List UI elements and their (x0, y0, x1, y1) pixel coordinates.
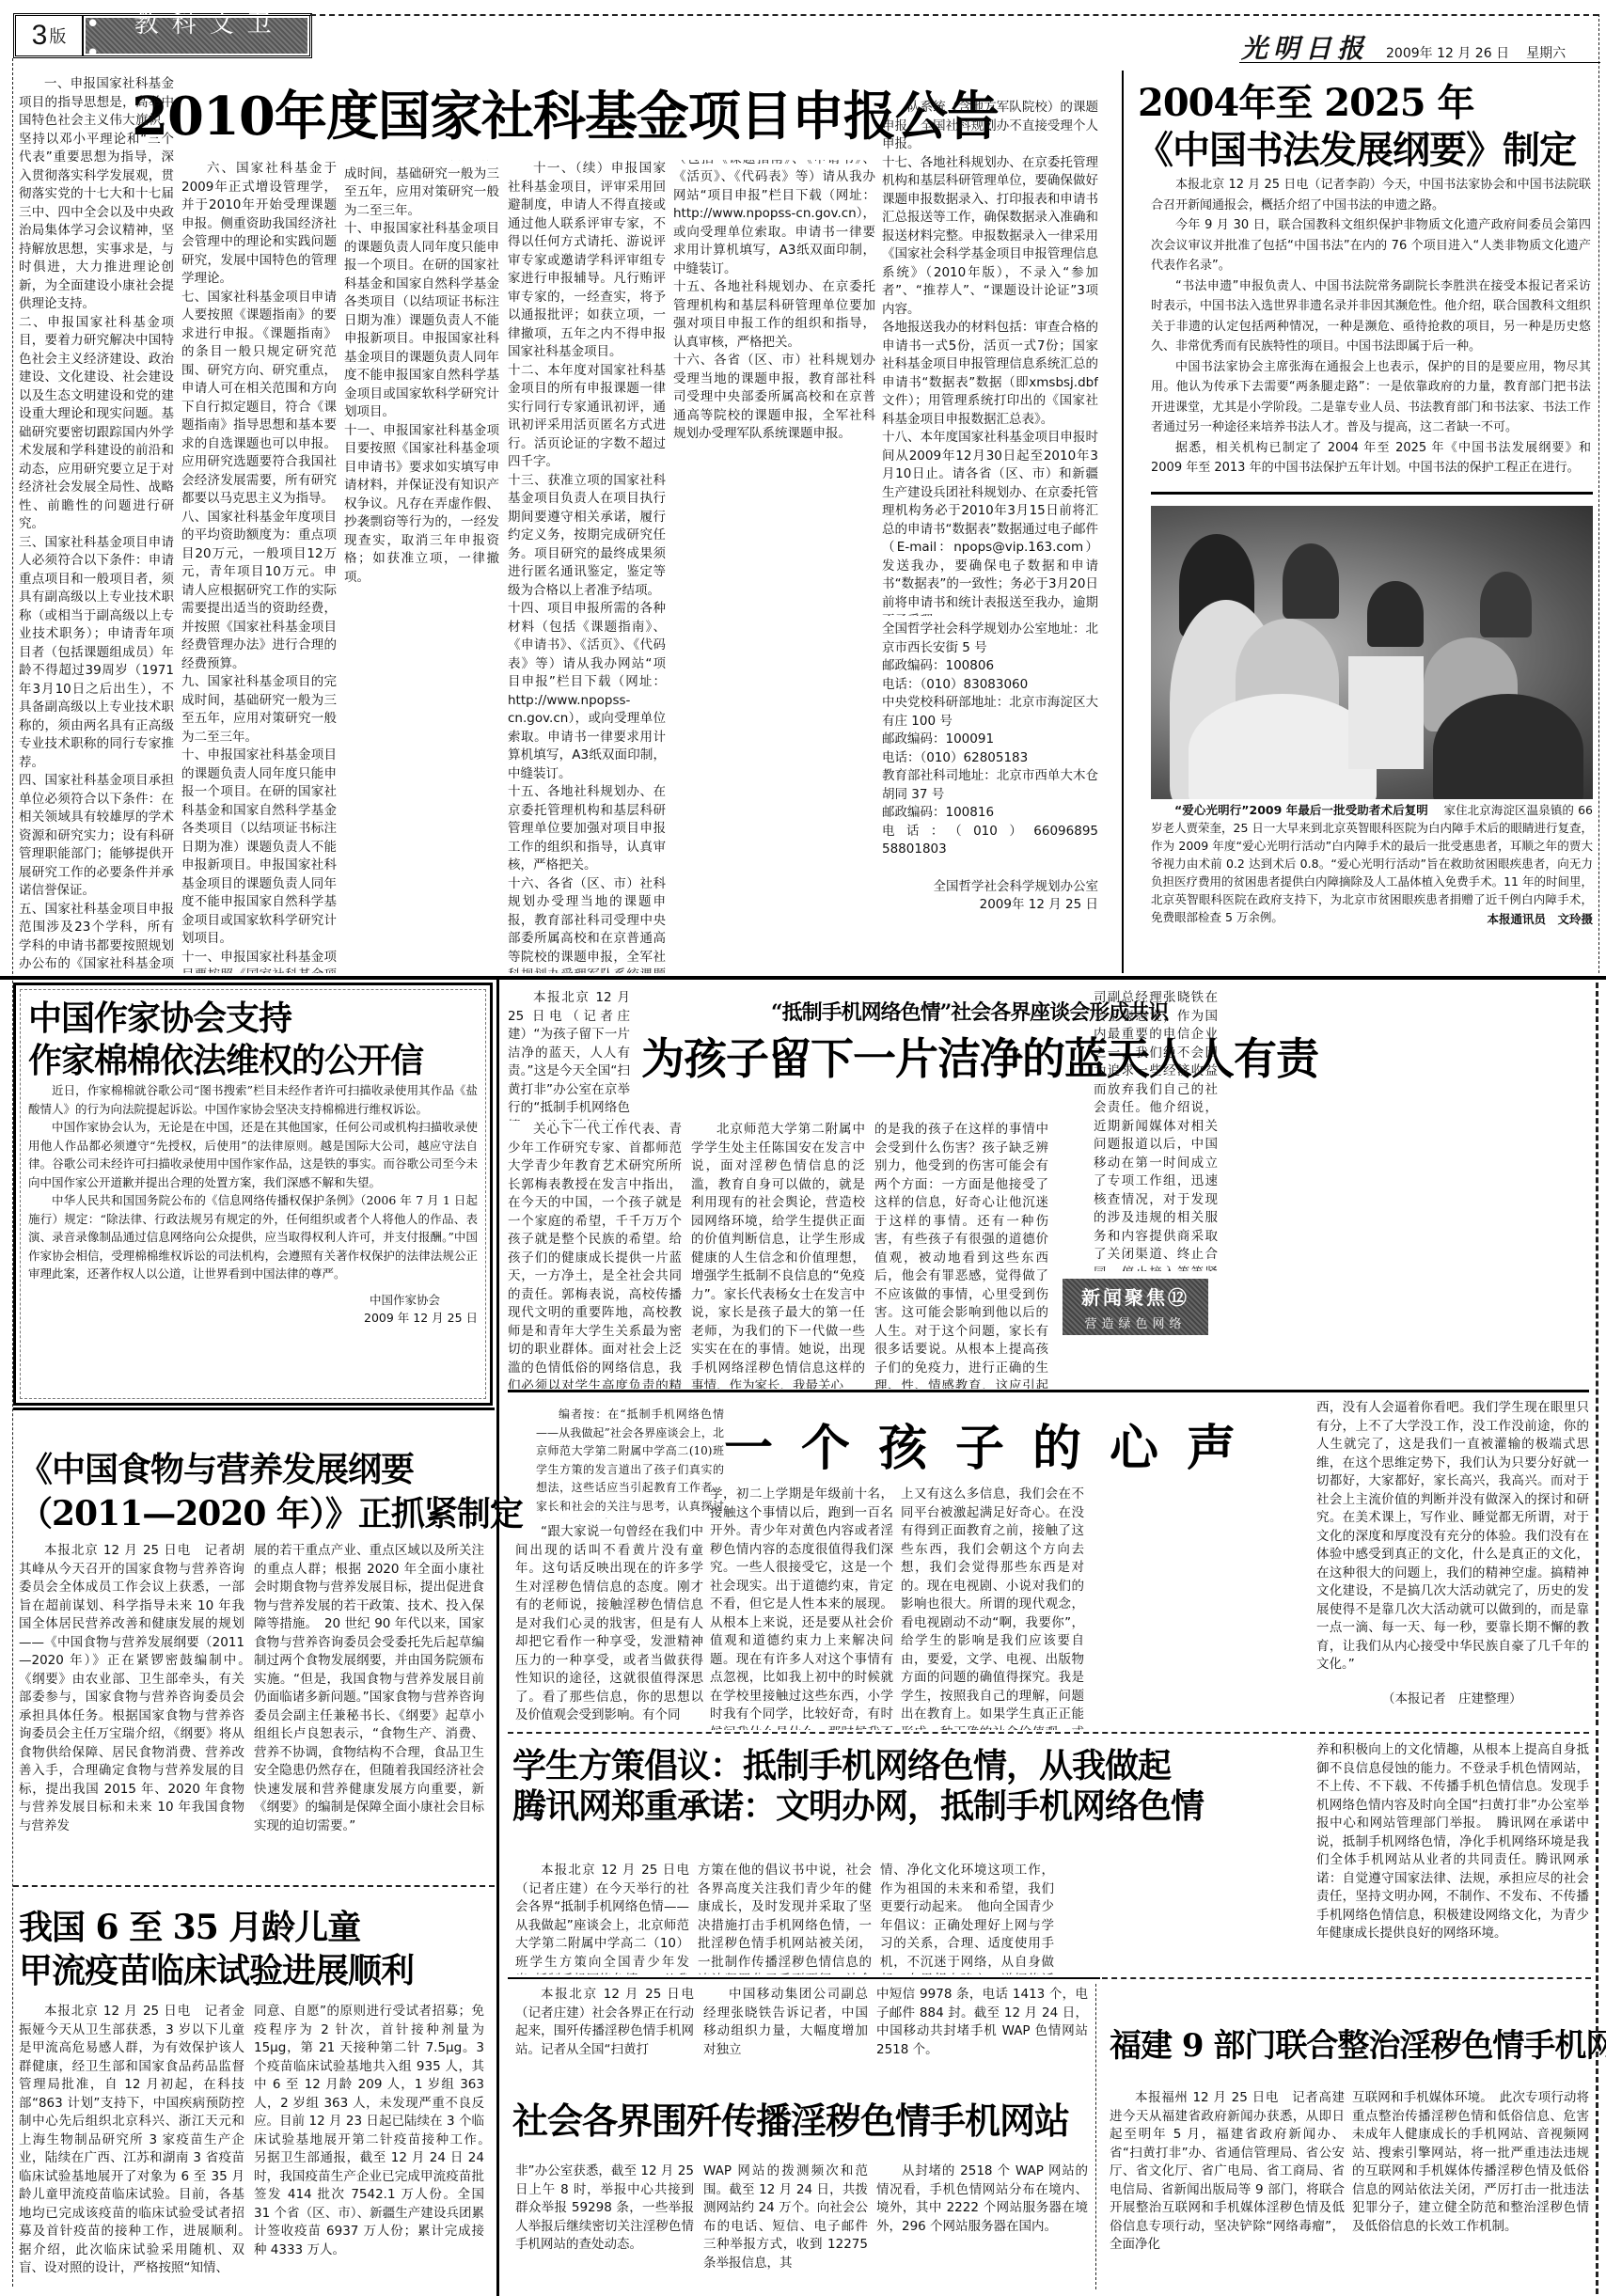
right-margin-divider (1596, 983, 1598, 1725)
pledge-column-4-text: 养和积极向上的文化情趣，从根本上提高自身抵御不良信息侵蚀的能力。不登录手机色情网… (1316, 1741, 1589, 1943)
writers-body: 近日，作家棉棉就谷歌公司“图书搜索”栏目未经作者许可扫描收录使用其作品《盐酸情人… (28, 1081, 478, 1401)
photo-caption: “爱心光明行”2009 年最后一批受助者术后复明 家住北京海淀区温泉镇的 66 … (1151, 801, 1593, 928)
right-margin-divider (1596, 1730, 1598, 2294)
fund-column-1-text: 一、申报国家社科基金项目的指导思想是，高举中国特色社会主义伟大旗帜，坚持以邓小平… (19, 75, 174, 973)
calligraphy-paragraph: 据悉，相关机构已制定了 2004 年至 2025 年《中国书法发展纲要》和 20… (1151, 438, 1591, 479)
pledge-column-2-text: 方策在他的倡议书中说，社会各界高度关注我们青少年的健康成长，及时发现并采取了坚决… (698, 1862, 872, 1974)
writers-title-line1: 中国作家协会支持 (28, 992, 291, 1040)
issue-date: 2009年 12 月 26 日 (1386, 43, 1509, 62)
vaccine-column-2-text: 同意、自愿”的原则进行受试者招募；免疫程序为 2 针次，首针接种剂量为 15μg… (254, 2003, 484, 2259)
writers-paragraph: 近日，作家棉棉就谷歌公司“图书搜索”栏目未经作者许可扫描收录使用其作品《盐酸情人… (28, 1081, 478, 1118)
fund-column-2: 六、国家社科基金于2009年正式增设管理学，并于2010年开始受理课题申报。侧重… (181, 160, 337, 973)
fund-column-4-text: 十一、（续）申报国家社科基金项目，评审采用回避制度，申请人不得直接或通过他人联系… (508, 160, 666, 973)
contact-line: 电话：（010）66096895 58801803 (882, 823, 1098, 859)
contact-line: 邮政编码：100806 (882, 657, 1098, 676)
photo-credit: 本报通讯员 文玲摄 (1487, 910, 1593, 928)
pledge-column-3-text: 情、净化文化环境这项工作，作为祖国的未来和希望，我们更要行动起来。 他向全国青少… (880, 1862, 1054, 1974)
news-focus-badge: 新闻聚焦⑫ 营造绿色网络 (1063, 1279, 1208, 1335)
sites-top-column-3-text: 中短信 9978 条，电话 1413 个，电子邮件 884 封。截至 12 月 … (876, 1986, 1088, 2059)
contact-line: 教育部社科司地址：北京市西单大木仓胡同 37 号 (882, 767, 1098, 804)
pledge-column-2: 方策在他的倡议书中说，社会各界高度关注我们青少年的健康成长，及时发现并采取了坚决… (698, 1862, 872, 1974)
section-rule (508, 1390, 1589, 1392)
sky-column-1-text: 关心下一代工作代表、青少年工作研究专家、首都师范大学青少年教育艺术研究所所长郭梅… (508, 1121, 682, 1389)
child-voice-column-1: “跟大家说一句曾经在我们中间出现的话叫不看黄片没有童年。这句话反映出现在的许多学… (515, 1523, 703, 1730)
pledge-column-4: 养和积极向上的文化情趣，从根本上提高自身抵御不良信息侵蚀的能力。不登录手机色情网… (1316, 1741, 1589, 1972)
fund-column-6: 队系统（含地方军队院校）的课题申报。全国社科规划办不直接受理个人申报。 十七、各… (882, 33, 1098, 616)
vaccine-title-line1: 我国 6 至 35 月龄儿童 (19, 1901, 360, 1949)
fujian-column-1-text: 本报福州 12 月 25 日电 记者高建进今天从福建省政府新闻办获悉，从即日起至… (1110, 2089, 1345, 2255)
sites-top-column-2: 中国移动集团公司副总经理张晓铁告诉记者，中国移动组织力量，大幅度增加对独立 (703, 1986, 868, 2066)
fund-column-2-text: 六、国家社科基金于2009年正式增设管理学，并于2010年开始受理课题申报。侧重… (181, 160, 337, 973)
section-rule (508, 1977, 1100, 1979)
sky-column-1: 关心下一代工作代表、青少年工作研究专家、首都师范大学青少年教育艺术研究所所长郭梅… (508, 1121, 682, 1389)
sites-column-1-text: 非”办公室获悉，截至 12 月 25 日上午 8 时，举报中心共接到群众举报 5… (515, 2162, 694, 2255)
sites-top-column-1-text: 本报北京 12 月 25 日电（记者庄建）社会各界正在行动起来，围歼传播淫秽色情… (515, 1986, 694, 2059)
calligraphy-title-line2: 《中国书法发展纲要》制定 (1136, 120, 1576, 174)
fujian-column-2: 互联网和手机媒体环境。 此次专项行动将重点整治传播淫秽色情和低俗信息、危害未成年… (1352, 2089, 1589, 2291)
newspaper-logo: 光明日报 (1241, 28, 1369, 66)
sites-column-1: 非”办公室获悉，截至 12 月 25 日上午 8 时，举报中心共接到群众举报 5… (515, 2162, 694, 2289)
sites-top-column-3: 中短信 9978 条，电话 1413 个，电子邮件 884 封。截至 12 月 … (876, 1986, 1088, 2066)
fund-column-1: 一、申报国家社科基金项目的指导思想是，高举中国特色社会主义伟大旗帜，坚持以邓小平… (19, 75, 174, 973)
sky-column-4-text: 司副总经理张晓铁在会上表态说，作为国内最重要的电信企业之一，我们绝不会因为追求一… (1058, 989, 1218, 1271)
calligraphy-paragraph: 中国书法家协会主席张海在通报会上也表示，保护的目的是要应用，物尽其用。他认为传承… (1151, 357, 1591, 438)
sky-column-2: 北京师范大学第二附属中学学生处主任陈国安在发言中说，面对淫秽色情信息的泛滥，教育… (691, 1121, 865, 1389)
sky-column-2-text: 北京师范大学第二附属中学学生处主任陈国安在发言中说，面对淫秽色情信息的泛滥，教育… (691, 1121, 865, 1389)
food-column-2-text: 展的若干重点产业、重点区域以及所关注的重点人群；根据 2020 年全面小康社会时… (254, 1542, 484, 1835)
sky-column-4: 司副总经理张晓铁在会上表态说，作为国内最重要的电信企业之一，我们绝不会因为追求一… (1058, 989, 1218, 1271)
vaccine-column-1: 本报北京 12 月 25 日电 记者金振娅今天从卫生部获悉，3 岁以下儿童是甲流… (19, 2003, 244, 2289)
issue-weekday: 星期六 (1526, 43, 1566, 62)
sites-column-3: 从封堵的 2518 个 WAP 网站的情况看，手机色情网站分布在境内、境外，其中… (876, 2162, 1088, 2289)
child-voice-column-4: 西，没有人会逼着你看吧。我们学生现在眼里只有分，上不了大学没工作，没工作没前途，… (1316, 1399, 1589, 1681)
calligraphy-paragraph: 今年 9 月 30 日，联合国教科文组织保护非物质文化遗产政府间委员会第四次会议… (1151, 215, 1591, 276)
child-voice-column-2-text: 学，初二上学期是年级前十名，接触这个事情以后，跑到一百名开外。青少年对黄色内容或… (710, 1486, 893, 1730)
vaccine-column-1-text: 本报北京 12 月 25 日电 记者金振娅今天从卫生部获悉，3 岁以下儿童是甲流… (19, 2003, 244, 2278)
child-voice-title: 一个孩子的心声 (724, 1408, 1264, 1479)
section-divider (13, 1885, 495, 1887)
editor-note-text: 编者按：在“抵制手机网络色情——从我做起”社会各界座谈会上，北京师范大学第二附属… (536, 1406, 724, 1518)
child-voice-column-4-text: 西，没有人会逼着你看吧。我们学生现在眼里只有分，上不了大学没工作，没工作没前途，… (1316, 1399, 1589, 1675)
calligraphy-paragraph: 本报北京 12 月 25 日电（记者李韵）今天，中国书法家协会和中国书法院联合召… (1151, 175, 1591, 215)
page-suffix: 版 (49, 24, 66, 48)
calligraphy-paragraph: “书法申遗”申报负责人、中国书法院常务副院长李胜洪在接受本报记者采访时表示，中国… (1151, 276, 1591, 357)
fund-article-title: 2010年度国家社科基金项目申报公告 (132, 75, 999, 150)
editor-note: 编者按：在“抵制手机网络色情——从我做起”社会各界座谈会上，北京师范大学第二附属… (536, 1406, 724, 1518)
vaccine-title-line2: 甲流疫苗临床试验进展顺利 (19, 1944, 414, 1992)
fujian-column-1: 本报福州 12 月 25 日电 记者高建进今天从福建省政府新闻办获悉，从即日起至… (1110, 2089, 1345, 2291)
writers-title-line2: 作家棉棉依法维权的公开信 (28, 1034, 423, 1082)
food-column-1: 本报北京 12 月 25 日电 记者胡其峰从今天召开的国家食物与营养咨询委员会全… (19, 1542, 244, 1852)
child-voice-column-3: 上又有这么多信息，我们会在不同平台被激起满足好奇心。在没有得到正面教育之前，接触… (901, 1486, 1084, 1730)
column-rule (1122, 71, 1124, 973)
top-divider (310, 14, 1598, 16)
column-rule (496, 980, 499, 2296)
section-divider (508, 1732, 1589, 1734)
brand-underline (1239, 62, 1600, 63)
child-voice-column-1-text: “跟大家说一句曾经在我们中间出现的话叫不看黄片没有童年。这句话反映出现在的许多学… (515, 1523, 703, 1725)
pledge-column-1: 本报北京 12 月 25 日电（记者庄建）在今天举行的社会各界“抵制手机网络色情… (515, 1862, 689, 1974)
section-rule (13, 1407, 495, 1410)
calligraphy-body: 本报北京 12 月 25 日电（记者李韵）今天，中国书法家协会和中国书法院联合召… (1151, 175, 1591, 485)
fund-signature-org: 全国哲学社会科学规划办公室 (882, 878, 1098, 897)
child-voice-column-2: 学，初二上学期是年级前十名，接触这个事情以后，跑到一百名开外。青少年对黄色内容或… (710, 1486, 893, 1730)
fund-column-5: 十一、（续）申报国家社科基金项目，评审采用回避制度，申请人不得直接或通过他人联系… (673, 160, 875, 973)
sky-lead-top: 本报北京 12 月 25 日电（记者庄建）“为孩子留下一片洁净的蓝天，人人有责。… (508, 989, 630, 1121)
sites-title: 社会各界围歼传播淫秽色情手机网站 (512, 2092, 1069, 2144)
food-column-1-text: 本报北京 12 月 25 日电 记者胡其峰从今天召开的国家食物与营养咨询委员会全… (19, 1542, 244, 1835)
pledge-column-3: 情、净化文化环境这项工作，作为祖国的未来和希望，我们更要行动起来。 他向全国青少… (880, 1862, 1054, 1974)
child-voice-credit: （本报记者 庄建整理） (1382, 1691, 1522, 1709)
fund-contacts: 全国哲学社会科学规划办公室地址：北京市西长安街 5 号 邮政编码：100806 … (882, 621, 1098, 915)
contact-line: 邮政编码：100091 (882, 731, 1098, 749)
calligraphy-title-line1: 2004年至 2025 年 (1138, 73, 1474, 127)
sky-column-3-text: 的是我的孩子在这样的事情中会受到什么伤害？孩子缺乏辨别力，他受到的伤害可能会有两… (874, 1121, 1048, 1389)
badge-number: ⑫ (1168, 1286, 1189, 1309)
badge-subtitle: 营造绿色网络 (1063, 1313, 1208, 1331)
contact-line: 邮政编码：100816 (882, 804, 1098, 823)
sites-column-2: WAP 网站的拨测频次和范围。截至 12 月 24 日，共拨测网站约 24 万个… (703, 2162, 868, 2289)
sites-top-column-2-text: 中国移动集团公司副总经理张晓铁告诉记者，中国移动组织力量，大幅度增加对独立 (703, 1986, 868, 2059)
fund-column-6-text: 队系统（含地方军队院校）的课题申报。全国社科规划办不直接受理个人申报。 十七、各… (882, 99, 1098, 616)
sites-column-3-text: 从封堵的 2518 个 WAP 网站的情况看，手机色情网站分布在境内、境外，其中… (876, 2162, 1088, 2236)
sky-column-3: 的是我的孩子在这样的事情中会受到什么伤害？孩子缺乏辨别力，他受到的伤害可能会有两… (874, 1121, 1048, 1389)
writers-paragraph: 中国作家协会认为，无论是在中国，还是在其他国家，任何公司或机构扫描收录使用他人作… (28, 1118, 478, 1191)
food-title-line1: 《中国食物与营养发展纲要 (19, 1443, 414, 1491)
fujian-column-2-text: 互联网和手机媒体环境。 此次专项行动将重点整治传播淫秽色情和低俗信息、危害未成年… (1352, 2089, 1589, 2236)
fund-column-4: 十一、（续）申报国家社科基金项目，评审采用回避制度，申请人不得直接或通过他人联系… (508, 160, 666, 973)
page-number: 3版 (16, 16, 84, 55)
fund-column-3-text: 六、国家社科基金于2009年正式增设管理学，并于2010年开始受理课题申报。侧重… (344, 160, 499, 587)
caption-text: 家住北京海淀区温泉镇的 66 岁老人贾荣奎，25 日一大早来到北京英智眼科医院为… (1151, 803, 1593, 924)
sites-column-2-text: WAP 网站的拨测频次和范围。截至 12 月 24 日，共拨测网站约 24 万个… (703, 2162, 868, 2272)
section-break (0, 976, 1606, 980)
page-number-value: 3 (32, 20, 48, 52)
column-divider (1095, 1984, 1096, 2289)
pledge-column-1-text: 本报北京 12 月 25 日电（记者庄建）在今天举行的社会各界“抵制手机网络色情… (515, 1862, 689, 1974)
pledge-title-line2: 腾讯网郑重承诺：文明办网，抵制手机网络色情 (512, 1780, 1204, 1828)
contact-line: 全国哲学社会科学规划办公室地址：北京市西长安街 5 号 (882, 621, 1098, 657)
newspaper-page: 3版 • 教科文卫 • 光明日报 2009年 12 月 26 日 星期六 201… (0, 0, 1606, 2296)
right-margin-divider (1598, 14, 1599, 973)
caption-title: “爱心光明行”2009 年最后一批受助者术后复明 (1174, 803, 1428, 817)
contact-line: 电话：（010）83083060 (882, 676, 1098, 695)
section-rule (1151, 492, 1593, 495)
section-name: • 教科文卫 • (84, 16, 309, 55)
child-voice-column-3-text: 上又有这么多信息，我们会在不同平台被激起满足好奇心。在没有得到正面教育之前，接触… (901, 1486, 1084, 1730)
vaccine-column-2: 同意、自愿”的原则进行受试者招募；免疫程序为 2 针次，首针接种剂量为 15μg… (254, 2003, 484, 2289)
writers-signature-org: 中国作家协会 (28, 1291, 478, 1310)
fund-column-5-text: 十一、（续）申报国家社科基金项目，评审采用回避制度，申请人不得直接或通过他人联系… (673, 160, 875, 444)
fujian-title: 福建 9 部门联合整治淫秽色情手机网站 (1110, 2020, 1606, 2066)
food-title-line2: （2011—2020 年）》正抓紧制定 (19, 1487, 523, 1535)
contact-line: 电话：（010）62805183 (882, 749, 1098, 768)
photo-eye-exam (1151, 506, 1593, 799)
writers-paragraph: 中华人民共和国国务院公布的《信息网络传播权保护条例》（2006 年 7 月 1 … (28, 1191, 478, 1283)
newspaper-brand: 光明日报 2009年 12 月 26 日 星期六 (1241, 28, 1566, 66)
fund-signature-date: 2009年 12 月 25 日 (882, 896, 1098, 915)
sites-top-column-1: 本报北京 12 月 25 日电（记者庄建）社会各界正在行动起来，围歼传播淫秽色情… (515, 1986, 694, 2066)
badge-title-text: 新闻聚焦 (1081, 1286, 1168, 1309)
contact-line: 中央党校科研部地址：北京市海淀区大有庄 100 号 (882, 694, 1098, 731)
sky-lead-text: 本报北京 12 月 25 日电（记者庄建）“为孩子留下一片洁净的蓝天，人人有责。… (508, 989, 630, 1121)
food-column-2: 展的若干重点产业、重点区域以及所关注的重点人群；根据 2020 年全面小康社会时… (254, 1542, 484, 1852)
section-divider (1102, 1977, 1591, 1979)
fund-column-3: 六、国家社科基金于2009年正式增设管理学，并于2010年开始受理课题申报。侧重… (344, 160, 499, 973)
writers-signature-date: 2009 年 12 月 25 日 (28, 1309, 478, 1328)
section-header: 3版 • 教科文卫 • (13, 13, 312, 58)
badge-title: 新闻聚焦⑫ (1063, 1279, 1208, 1310)
